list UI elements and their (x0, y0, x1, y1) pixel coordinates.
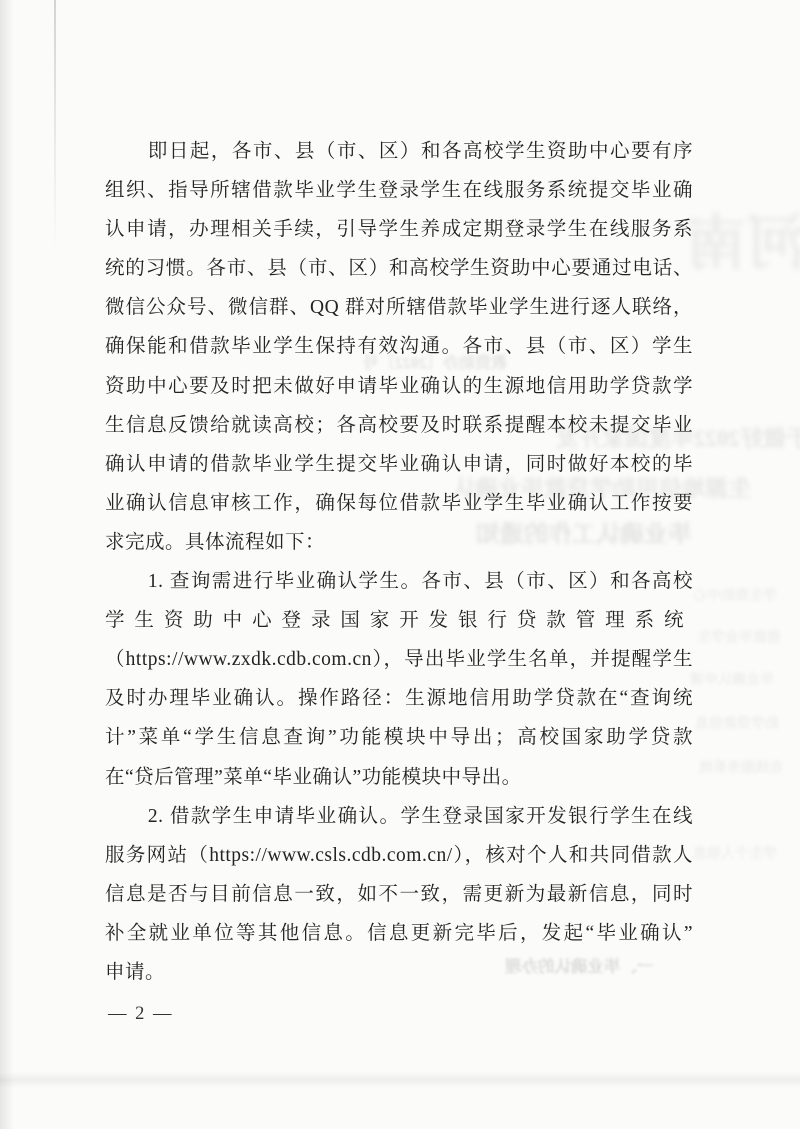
bleed-through-margin-fragment: 学生资助中心 (693, 585, 777, 605)
scan-bottom-band (0, 1072, 800, 1088)
scan-edge-shadow (0, 0, 14, 1129)
bleed-through-letterhead: 河南 (686, 196, 800, 282)
document-body: 即日起，各市、县（市、区）和各高校学生资助中心要有序 组织、指导所辖借款毕业学生… (105, 132, 693, 992)
text-line: 求完成。具体流程如下： (105, 523, 693, 562)
text-line: 即日起，各市、县（市、区）和各高校学生资助中心要有序 (105, 132, 693, 171)
bleed-through-margin-fragment: 助学贷款信息 (695, 713, 779, 733)
text-line: 统的习惯。各市、县（市、区）和高校学生资助中心要通过电话、 (105, 249, 693, 288)
bleed-through-margin-fragment: 毕业确认申请 (690, 669, 774, 689)
text-line: 确认申请的借款毕业学生提交毕业确认申请，同时做好本校的毕 (105, 445, 693, 484)
text-line: （https://www.zxdk.cdb.com.cn），导出毕业学生名单，并… (105, 640, 693, 679)
scanned-document-page: 河南 教资助办〔2022〕号 关于做好2022年度国家开发 生源地信用助学贷款毕… (0, 0, 800, 1129)
text-line: 服务网站（https://www.csls.cdb.com.cn/），核对个人和… (105, 836, 693, 875)
text-line: 生信息反馈给就读高校；各高校要及时联系提醒本校未提交毕业 (105, 406, 693, 445)
text-line: 业确认信息审核工作，确保每位借款毕业学生毕业确认工作按要 (105, 484, 693, 523)
text-line: 信息是否与目前信息一致，如不一致，需更新为最新信息，同时 (105, 875, 693, 914)
text-line: 确保能和借款毕业学生保持有效沟通。各市、县（市、区）学生 (105, 327, 693, 366)
text-line: 组织、指导所辖借款毕业学生登录学生在线服务系统提交毕业确 (105, 171, 693, 210)
text-line: 资助中心要及时把未做好申请毕业确认的生源地信用助学贷款学 (105, 367, 693, 406)
text-line: 计”菜单“学生信息查询”功能模块中导出；高校国家助学贷款 (105, 718, 693, 757)
text-line: 在“贷后管理”菜单“毕业确认”功能模块中导出。 (105, 758, 693, 797)
text-line: 学生资助中心登录国家开发银行贷款管理系统 (105, 601, 693, 640)
text-line: 及时办理毕业确认。操作路径：生源地信用助学贷款在“查询统 (105, 679, 693, 718)
text-line: 微信公众号、微信群、QQ 群对所辖借款毕业学生进行逐人联络， (105, 288, 693, 327)
page-number: — 2 — (108, 1004, 174, 1025)
bleed-through-margin-fragment: 在线服务系统 (699, 757, 783, 777)
text-line: 申请。 (105, 953, 693, 992)
text-line: 1. 查询需进行毕业确认学生。各市、县（市、区）和各高校 (105, 562, 693, 601)
bleed-through-margin-fragment: 借款毕业学生 (697, 627, 781, 647)
text-line: 2. 借款学生申请毕业确认。学生登录国家开发银行学生在线 (105, 797, 693, 836)
text-line: 补全就业单位等其他信息。信息更新完毕后，发起“毕业确认” (105, 914, 693, 953)
bleed-through-margin-fragment: 学生个人信息 (693, 843, 777, 863)
scan-fold-line (54, 0, 56, 250)
text-line: 认申请，办理相关手续，引导学生养成定期登录学生在线服务系 (105, 210, 693, 249)
